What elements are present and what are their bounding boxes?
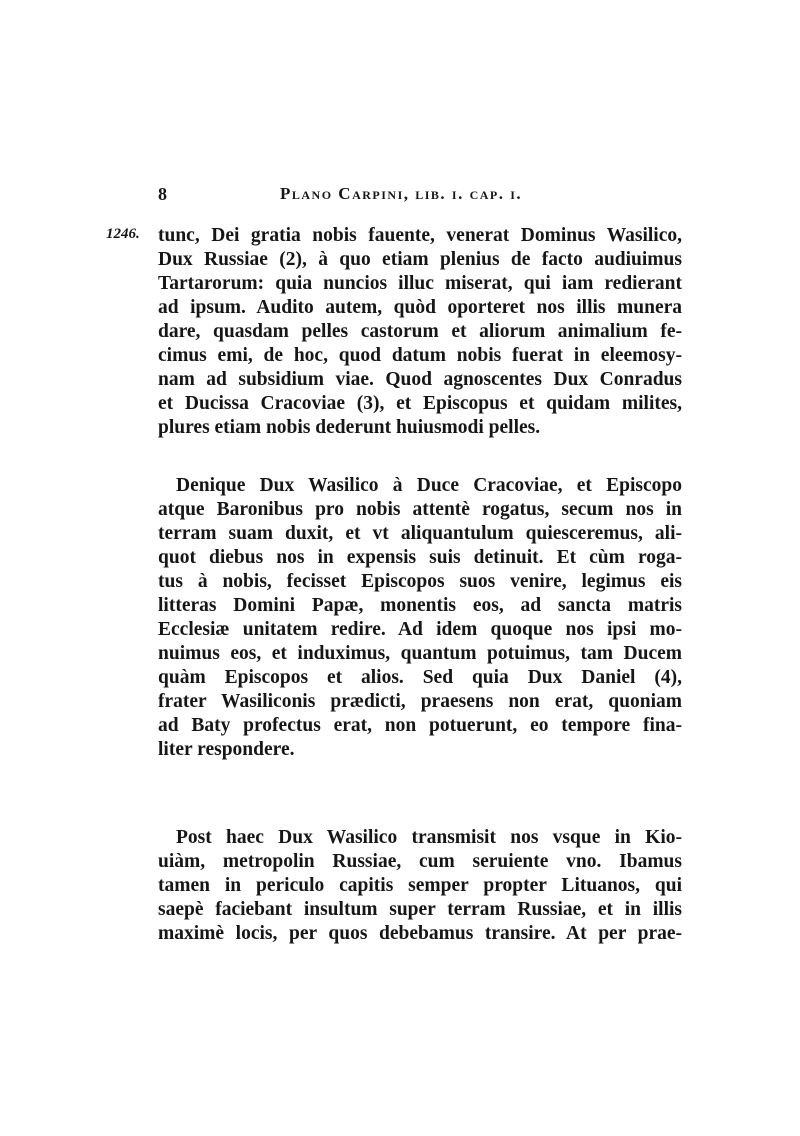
text-line: frater Wasiliconis prædicti, praesens no… <box>158 690 682 714</box>
text-line: quàm Episcopos et alios. Sed quia Dux Da… <box>158 666 682 690</box>
text-line: Tartarorum: quia nuncios illuc miserat, … <box>158 272 682 296</box>
text-line: ad ipsum. Audito autem, quòd oporteret n… <box>158 296 682 320</box>
page-number: 8 <box>158 184 167 205</box>
paragraph-2: Denique Dux Wasilico à Duce Cracoviae, e… <box>158 474 682 762</box>
text-line: et Ducissa Cracoviae (3), et Episcopus e… <box>158 392 682 416</box>
text-line: Denique Dux Wasilico à Duce Cracoviae, e… <box>158 474 682 498</box>
running-title: Plano Carpini, lib. i. cap. i. <box>280 184 522 204</box>
text-line: tamen in periculo capitis semper propter… <box>158 874 682 898</box>
paragraph-1: tunc, Dei gratia nobis fauente, venerat … <box>158 224 682 440</box>
text-line: atque Baronibus pro nobis attentè rogatu… <box>158 498 682 522</box>
text-line: Post haec Dux Wasilico transmisit nos vs… <box>158 826 682 850</box>
text-line: uiàm, metropolin Russiae, cum seruiente … <box>158 850 682 874</box>
text-line: quot diebus nos in expensis suis detinui… <box>158 546 682 570</box>
text-line: ad Baty profectus erat, non potuerunt, e… <box>158 714 682 738</box>
margin-year-note: 1246. <box>106 226 140 243</box>
text-line: tunc, Dei gratia nobis fauente, venerat … <box>158 224 682 248</box>
text-line: liter respondere. <box>158 738 682 762</box>
text-line: dare, quasdam pelles castorum et aliorum… <box>158 320 682 344</box>
text-line: Ecclesiæ unitatem redire. Ad idem quoque… <box>158 618 682 642</box>
running-head: 8 Plano Carpini, lib. i. cap. i. <box>158 184 682 206</box>
paragraph-3: Post haec Dux Wasilico transmisit nos vs… <box>158 826 682 946</box>
text-line: litteras Domini Papæ, monentis eos, ad s… <box>158 594 682 618</box>
text-line: nuimus eos, et induximus, quantum potuim… <box>158 642 682 666</box>
text-line: tus à nobis, fecisset Episcopos suos ven… <box>158 570 682 594</box>
book-page: 8 Plano Carpini, lib. i. cap. i. 1246. t… <box>0 0 800 1136</box>
text-line: maximè locis, per quos debebamus transir… <box>158 922 682 946</box>
text-line: plures etiam nobis dederunt huiusmodi pe… <box>158 416 682 440</box>
text-line: terram suam duxit, et vt aliquantulum qu… <box>158 522 682 546</box>
text-line: cimus emi, de hoc, quod datum nobis fuer… <box>158 344 682 368</box>
text-line: nam ad subsidium viae. Quod agnoscentes … <box>158 368 682 392</box>
text-line: saepè faciebant insultum super terram Ru… <box>158 898 682 922</box>
text-line: Dux Russiae (2), à quo etiam plenius de … <box>158 248 682 272</box>
